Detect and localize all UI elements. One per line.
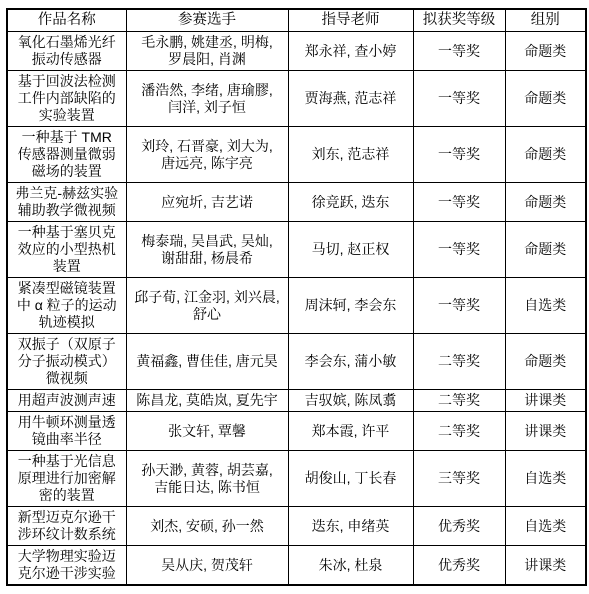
column-header-instructors: 指导老师	[288, 9, 413, 32]
group-cell: 讲课类	[505, 390, 586, 412]
group-cell: 自选类	[505, 507, 586, 546]
work-name-cell: 双振子（双原子分子振动模式）微视频	[7, 334, 126, 390]
instructors-cell: 胡俊山, 丁长春	[288, 451, 413, 507]
work-name-cell: 用牛顿环测量透镜曲率半径	[7, 412, 126, 451]
instructors-cell: 朱冰, 杜泉	[288, 546, 413, 586]
group-cell: 自选类	[505, 451, 586, 507]
award-results-table: 作品名称 参赛选手 指导老师 拟获奖等级 组别 氧化石墨烯光纤振动传感器 毛永鹏…	[6, 8, 587, 586]
group-cell: 命题类	[505, 183, 586, 222]
award-level-cell: 二等奖	[413, 412, 505, 451]
instructors-cell: 迭东, 申绪英	[288, 507, 413, 546]
instructors-cell: 吉驭嫔, 陈凤翥	[288, 390, 413, 412]
table-row: 大学物理实验迈克尔逊干涉实验 吴从庆, 贺茂轩 朱冰, 杜泉 优秀奖 讲课类	[7, 546, 586, 586]
contestants-cell: 潘浩然, 李绪, 唐瑜膠, 闫洋, 刘子恒	[126, 71, 288, 127]
table-row: 基于回波法检测工件内部缺陷的实验装置 潘浩然, 李绪, 唐瑜膠, 闫洋, 刘子恒…	[7, 71, 586, 127]
instructors-cell: 徐竞跃, 迭东	[288, 183, 413, 222]
work-name-cell: 用超声波测声速	[7, 390, 126, 412]
contestants-cell: 刘杰, 安硕, 孙一然	[126, 507, 288, 546]
work-name-cell: 弗兰克-赫兹实验辅助教学微视频	[7, 183, 126, 222]
work-name-cell: 一种基于塞贝克效应的小型热机装置	[7, 222, 126, 278]
contestants-cell: 黄福鑫, 曹佳佳, 唐元昊	[126, 334, 288, 390]
award-level-cell: 一等奖	[413, 32, 505, 71]
table-row: 新型迈克尔逊干涉环纹计数系统 刘杰, 安硕, 孙一然 迭东, 申绪英 优秀奖 自…	[7, 507, 586, 546]
column-header-contestants: 参赛选手	[126, 9, 288, 32]
instructors-cell: 郑永祥, 查小婷	[288, 32, 413, 71]
award-level-cell: 一等奖	[413, 278, 505, 334]
table-row: 氧化石墨烯光纤振动传感器 毛永鹏, 姚建丞, 明梅, 罗晨阳, 肖渊 郑永祥, …	[7, 32, 586, 71]
instructors-cell: 刘东, 范志祥	[288, 127, 413, 183]
instructors-cell: 李会东, 蒲小敏	[288, 334, 413, 390]
group-cell: 命题类	[505, 334, 586, 390]
table-row: 双振子（双原子分子振动模式）微视频 黄福鑫, 曹佳佳, 唐元昊 李会东, 蒲小敏…	[7, 334, 586, 390]
table-row: 用牛顿环测量透镜曲率半径 张文轩, 覃馨 郑本霞, 许平 二等奖 讲课类	[7, 412, 586, 451]
contestants-cell: 毛永鹏, 姚建丞, 明梅, 罗晨阳, 肖渊	[126, 32, 288, 71]
work-name-cell: 一种基于 TMR 传感器测量微弱磁场的装置	[7, 127, 126, 183]
contestants-cell: 张文轩, 覃馨	[126, 412, 288, 451]
award-level-cell: 一等奖	[413, 71, 505, 127]
instructors-cell: 郑本霞, 许平	[288, 412, 413, 451]
contestants-cell: 孙天渺, 黄蓉, 胡芸嘉, 吉能日达, 陈书恒	[126, 451, 288, 507]
table-row: 弗兰克-赫兹实验辅助教学微视频 应宛圻, 吉艺诺 徐竞跃, 迭东 一等奖 命题类	[7, 183, 586, 222]
column-header-work-name: 作品名称	[7, 9, 126, 32]
award-level-cell: 三等奖	[413, 451, 505, 507]
award-level-cell: 二等奖	[413, 334, 505, 390]
group-cell: 命题类	[505, 127, 586, 183]
table-row: 一种基于光信息原理进行加密解密的装置 孙天渺, 黄蓉, 胡芸嘉, 吉能日达, 陈…	[7, 451, 586, 507]
group-cell: 讲课类	[505, 546, 586, 586]
group-cell: 命题类	[505, 222, 586, 278]
work-name-cell: 大学物理实验迈克尔逊干涉实验	[7, 546, 126, 586]
group-cell: 命题类	[505, 71, 586, 127]
header-row: 作品名称 参赛选手 指导老师 拟获奖等级 组别	[7, 9, 586, 32]
table-row: 一种基于塞贝克效应的小型热机装置 梅泰瑞, 吴昌武, 吴灿, 谢甜甜, 杨晨希 …	[7, 222, 586, 278]
group-cell: 讲课类	[505, 412, 586, 451]
table-row: 一种基于 TMR 传感器测量微弱磁场的装置 刘玲, 石晋豪, 刘大为, 唐远亮,…	[7, 127, 586, 183]
award-level-cell: 优秀奖	[413, 546, 505, 586]
contestants-cell: 邱子荀, 江金羽, 刘兴晨, 舒心	[126, 278, 288, 334]
work-name-cell: 新型迈克尔逊干涉环纹计数系统	[7, 507, 126, 546]
contestants-cell: 陈昌龙, 莫皓岚, 夏先宇	[126, 390, 288, 412]
award-level-cell: 二等奖	[413, 390, 505, 412]
award-level-cell: 一等奖	[413, 183, 505, 222]
table-row: 紧凑型磁镜装置中 α 粒子的运动轨迹模拟 邱子荀, 江金羽, 刘兴晨, 舒心 周…	[7, 278, 586, 334]
group-cell: 自选类	[505, 278, 586, 334]
work-name-cell: 氧化石墨烯光纤振动传感器	[7, 32, 126, 71]
award-level-cell: 优秀奖	[413, 507, 505, 546]
award-level-cell: 一等奖	[413, 127, 505, 183]
table-row: 用超声波测声速 陈昌龙, 莫皓岚, 夏先宇 吉驭嫔, 陈凤翥 二等奖 讲课类	[7, 390, 586, 412]
table-header: 作品名称 参赛选手 指导老师 拟获奖等级 组别	[7, 9, 586, 32]
instructors-cell: 贾海燕, 范志祥	[288, 71, 413, 127]
award-level-cell: 一等奖	[413, 222, 505, 278]
instructors-cell: 周沫轲, 李会东	[288, 278, 413, 334]
instructors-cell: 马切, 赵正权	[288, 222, 413, 278]
work-name-cell: 基于回波法检测工件内部缺陷的实验装置	[7, 71, 126, 127]
contestants-cell: 应宛圻, 吉艺诺	[126, 183, 288, 222]
work-name-cell: 紧凑型磁镜装置中 α 粒子的运动轨迹模拟	[7, 278, 126, 334]
work-name-cell: 一种基于光信息原理进行加密解密的装置	[7, 451, 126, 507]
contestants-cell: 梅泰瑞, 吴昌武, 吴灿, 谢甜甜, 杨晨希	[126, 222, 288, 278]
column-header-award-level: 拟获奖等级	[413, 9, 505, 32]
column-header-group: 组别	[505, 9, 586, 32]
group-cell: 命题类	[505, 32, 586, 71]
table-body: 氧化石墨烯光纤振动传感器 毛永鹏, 姚建丞, 明梅, 罗晨阳, 肖渊 郑永祥, …	[7, 32, 586, 586]
contestants-cell: 刘玲, 石晋豪, 刘大为, 唐远亮, 陈宇亮	[126, 127, 288, 183]
contestants-cell: 吴从庆, 贺茂轩	[126, 546, 288, 586]
